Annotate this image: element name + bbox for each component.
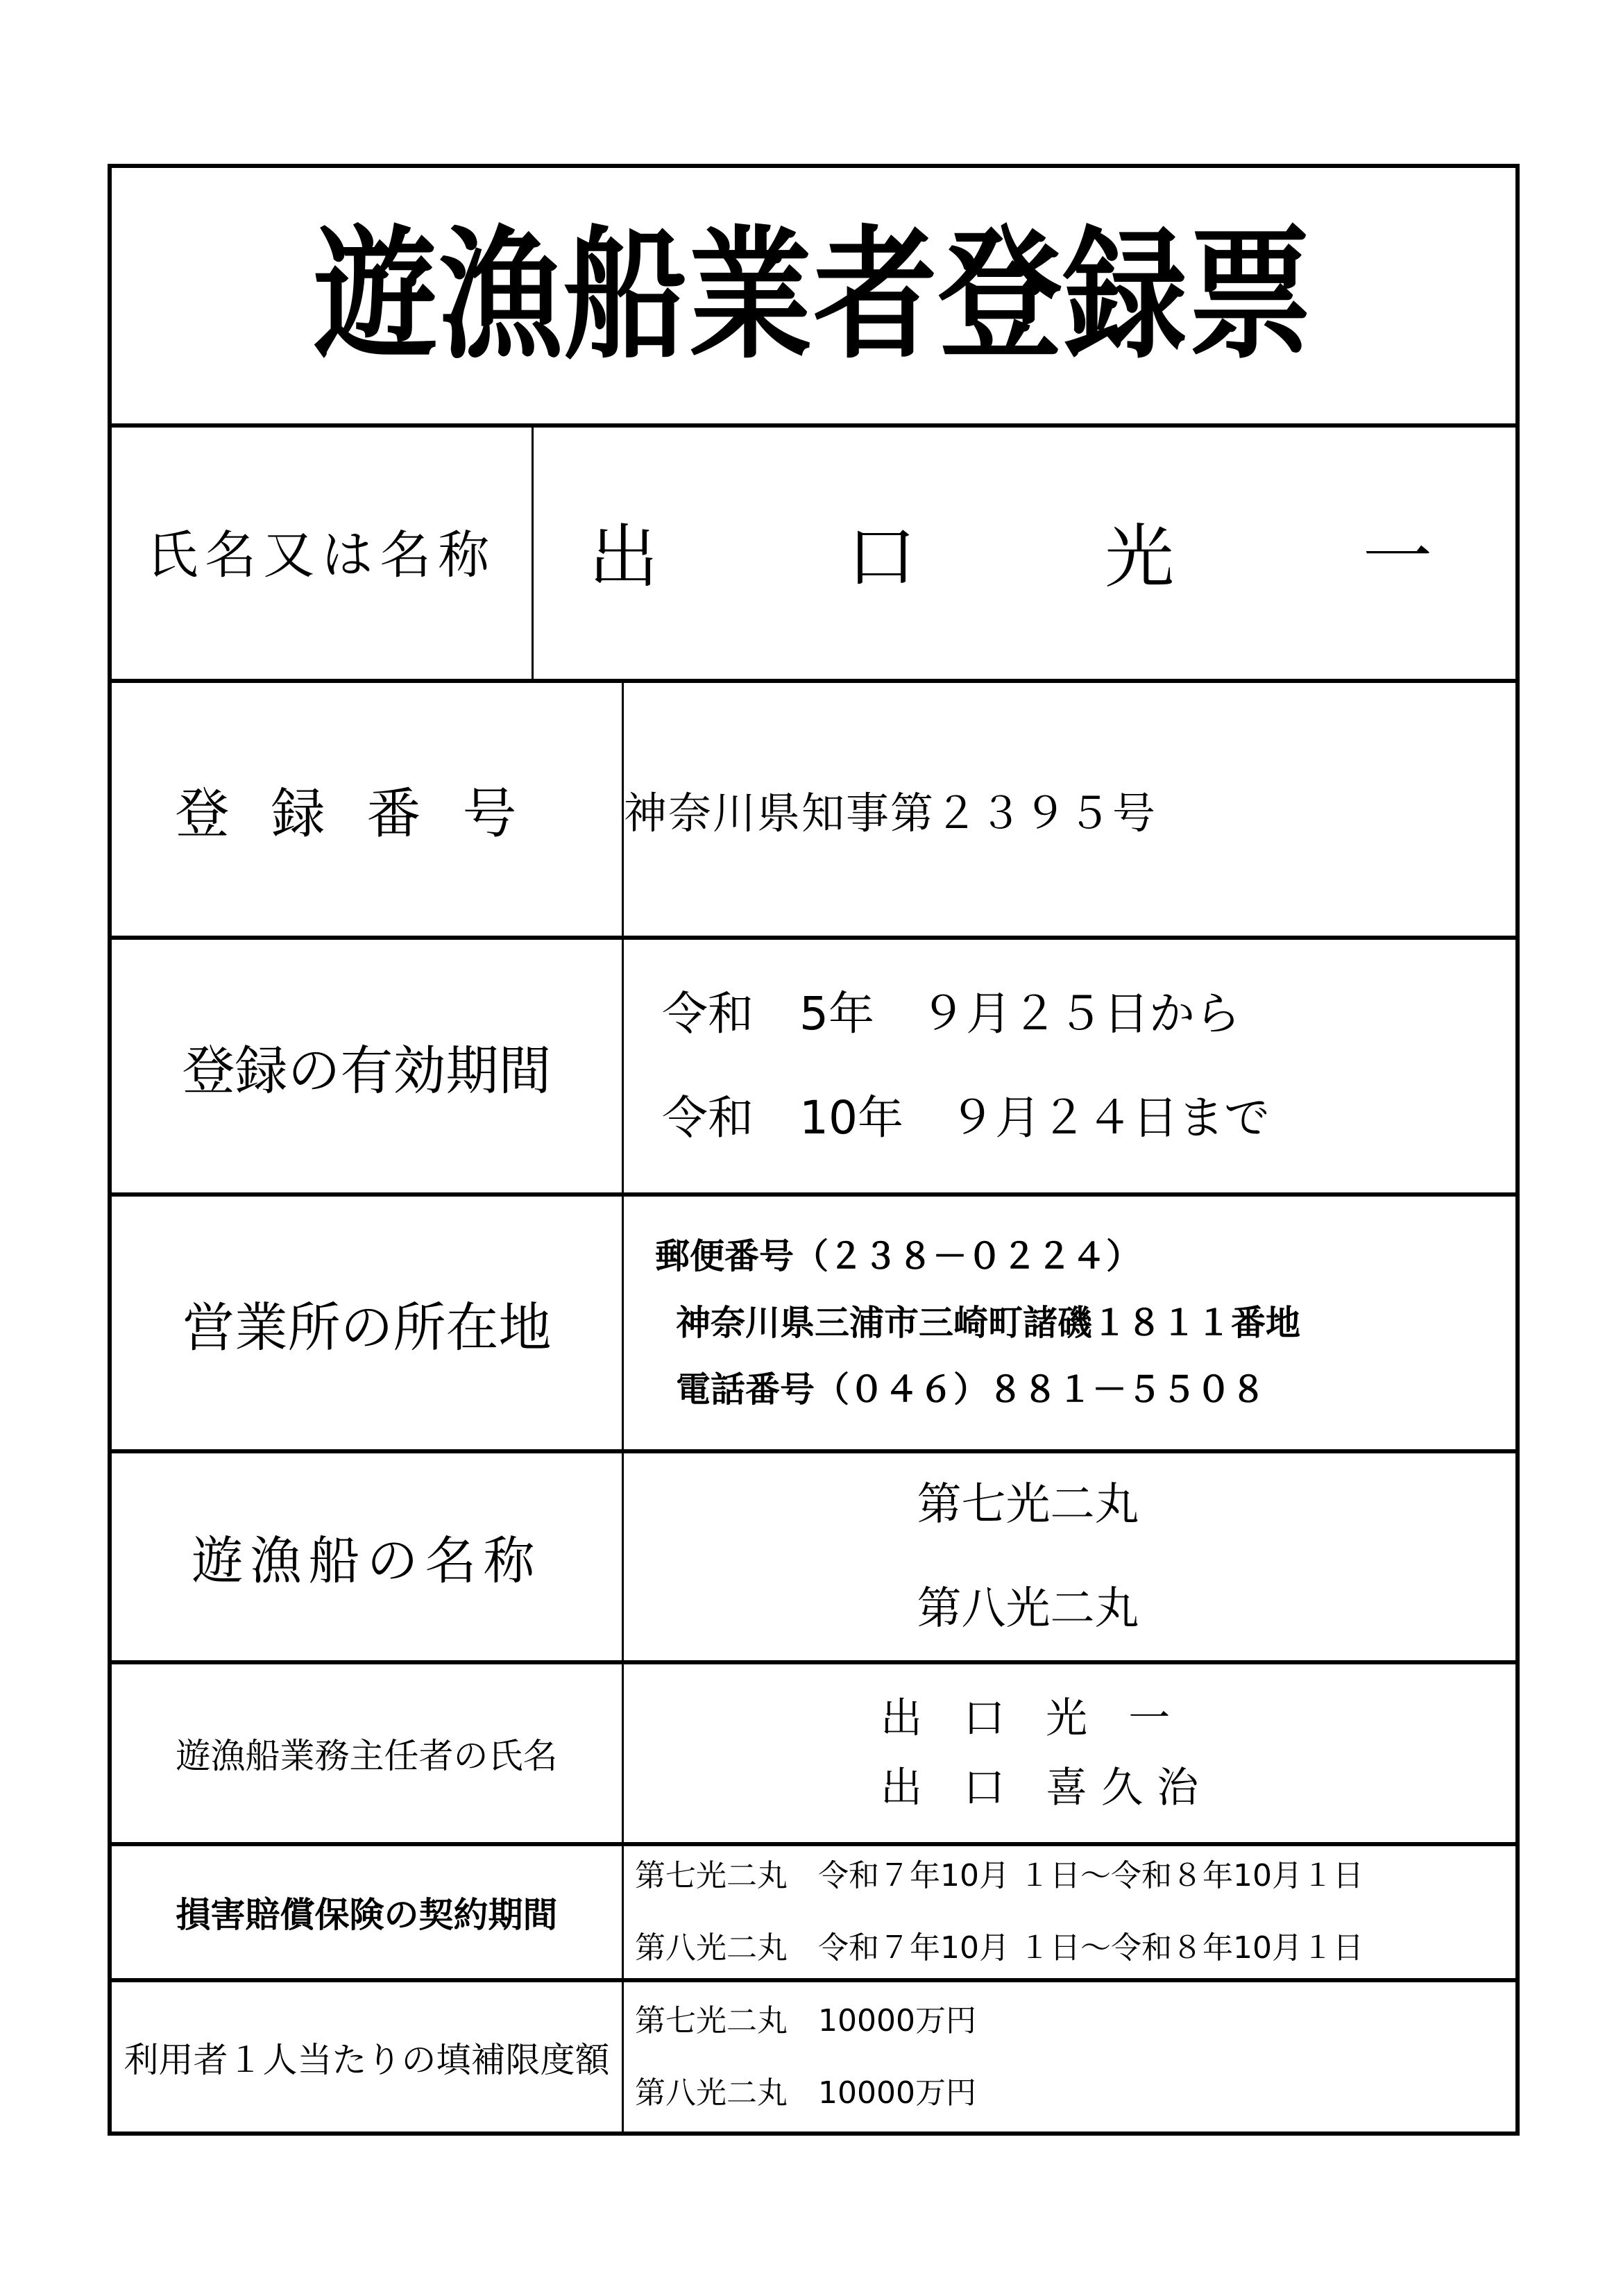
value-office-address: 郵便番号（２３８－０２２４） 神奈川県三浦市三崎町諸磯１８１１番地 電話番号（０… bbox=[624, 1197, 1515, 1449]
row-chief-manager: 遊漁船業務主任者の氏名 出 口 光 一 出 口 喜久治 bbox=[112, 1664, 1515, 1846]
insurance-period-2: 第八光二丸 令和７年10月 １日～令和８年10月１日 bbox=[635, 1912, 1515, 1984]
document-title: 遊漁船業者登録票 bbox=[314, 225, 1314, 367]
label-boat-names: 遊漁船の名称 bbox=[112, 1453, 624, 1660]
row-validity-period: 登録の有効期間 令和 5年 ９月２５日から 令和 10年 ９月２４日まで bbox=[112, 940, 1515, 1197]
boat-name-1: 第七光二丸 bbox=[917, 1453, 1139, 1557]
postal-code: 郵便番号（２３８－０２２４） bbox=[624, 1223, 1515, 1290]
label-office-address: 営業所の所在地 bbox=[112, 1197, 624, 1449]
title-row: 遊漁船業者登録票 bbox=[112, 168, 1515, 428]
label-name: 氏名又は名称 bbox=[112, 423, 534, 679]
row-registration-number: 登録番号 神奈川県知事第２３９５号 bbox=[112, 683, 1515, 940]
operator-name: 出 口 光 一 bbox=[589, 501, 1515, 601]
label-validity-period: 登録の有効期間 bbox=[112, 940, 624, 1192]
value-registration-number: 神奈川県知事第２３９５号 bbox=[582, 683, 1515, 936]
label-insurance-period: 損害賠償保険の契約期間 bbox=[112, 1846, 624, 1978]
validity-end: 令和 10年 ９月２４日まで bbox=[662, 1066, 1515, 1170]
manager-name-1: 出 口 光 一 bbox=[881, 1684, 1515, 1753]
row-office-address: 営業所の所在地 郵便番号（２３８－０２２４） 神奈川県三浦市三崎町諸磯１８１１番… bbox=[112, 1197, 1515, 1453]
manager-name-2: 出 口 喜久治 bbox=[881, 1753, 1515, 1823]
label-compensation-limit: 利用者１人当たりの填補限度額 bbox=[112, 1982, 624, 2132]
label-registration-number: 登録番号 bbox=[112, 683, 624, 936]
value-boat-names: 第七光二丸 第八光二丸 bbox=[624, 1453, 1515, 1660]
value-validity-period: 令和 5年 ９月２５日から 令和 10年 ９月２４日まで bbox=[624, 940, 1515, 1192]
validity-start: 令和 5年 ９月２５日から bbox=[662, 962, 1515, 1066]
insurance-period-1: 第七光二丸 令和７年10月 １日～令和８年10月１日 bbox=[635, 1840, 1515, 1912]
row-name: 氏名又は名称 出 口 光 一 bbox=[112, 423, 1515, 683]
row-insurance-period: 損害賠償保険の契約期間 第七光二丸 令和７年10月 １日～令和８年10月１日 第… bbox=[112, 1846, 1515, 1982]
registration-number: 神奈川県知事第２３９５号 bbox=[624, 779, 1515, 841]
value-name: 出 口 光 一 bbox=[534, 423, 1515, 679]
registration-form: 遊漁船業者登録票 氏名又は名称 出 口 光 一 登録番号 神奈川県知事第２３９５… bbox=[108, 164, 1520, 2136]
phone-number: 電話番号（０４６）８８１－５５０８ bbox=[624, 1356, 1515, 1423]
value-chief-manager: 出 口 光 一 出 口 喜久治 bbox=[624, 1664, 1515, 1842]
row-boat-names: 遊漁船の名称 第七光二丸 第八光二丸 bbox=[112, 1453, 1515, 1664]
value-compensation-limit: 第七光二丸 10000万円 第八光二丸 10000万円 bbox=[624, 1982, 1515, 2132]
row-compensation-limit: 利用者１人当たりの填補限度額 第七光二丸 10000万円 第八光二丸 10000… bbox=[112, 1982, 1515, 2132]
compensation-limit-2: 第八光二丸 10000万円 bbox=[635, 2057, 1515, 2129]
label-chief-manager: 遊漁船業務主任者の氏名 bbox=[112, 1664, 624, 1842]
street-address: 神奈川県三浦市三崎町諸磯１８１１番地 bbox=[624, 1290, 1515, 1356]
boat-name-2: 第八光二丸 bbox=[917, 1557, 1139, 1661]
value-insurance-period: 第七光二丸 令和７年10月 １日～令和８年10月１日 第八光二丸 令和７年10月… bbox=[624, 1846, 1515, 1978]
compensation-limit-1: 第七光二丸 10000万円 bbox=[635, 1985, 1515, 2057]
